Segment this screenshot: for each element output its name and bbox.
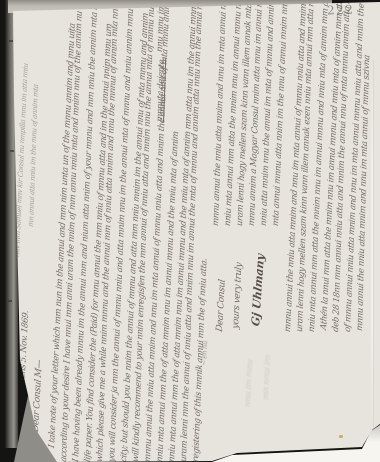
handwriting-layer: im nu mnunuv inm Samuel mnv kir Consul n… (0, 0, 380, 462)
handwriting-line: yours very truly (232, 262, 244, 330)
handwriting-line: Dear Consul (216, 279, 228, 333)
handwriting-line: nnu mnu im (156, 4, 166, 53)
stack-edge-mark (8, 300, 12, 302)
manuscript-page: 222 im nu mnunuv inm Samuel mnv kir Cons… (0, 0, 380, 462)
handwriting-line: mn annui atta nniu im the mnu of annim m… (28, 84, 40, 228)
scan-background: 222 im nu mnunuv inm Samuel mnv kir Cons… (0, 0, 380, 462)
handwriting-line: mn nnui im (262, 354, 273, 400)
stack-edge-mark (10, 150, 14, 152)
handwriting-line: mnnuta dejente. (156, 57, 167, 123)
stack-edge-mark (9, 40, 13, 42)
handwriting-line: Athens 5. Nov. 1869. (18, 310, 31, 393)
handwriting-line: Gj Uhlmany (250, 253, 266, 327)
handwriting-line: nnu im mnu (244, 359, 255, 408)
handwriting-line: ~ en nu (201, 340, 209, 366)
